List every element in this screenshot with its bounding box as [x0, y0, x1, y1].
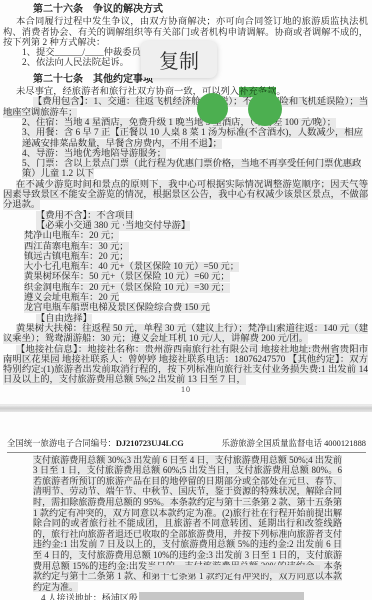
supervision-phone: 乐游旅游全国质量监督电话 4000121888 — [222, 439, 366, 450]
copy-button-label: 复制 — [159, 45, 199, 74]
pickup-address-line: 4 人接送地址：杨浦区殷 — [41, 592, 342, 600]
redaction-bar-light — [152, 565, 320, 573]
contract-header-row: 全国统一旅游电子合同编号：DJ210723UJ4LCG 乐游旅游全国质量监督电话… — [7, 439, 366, 453]
green-marker-circle — [197, 93, 228, 124]
copy-button[interactable]: 复制 — [141, 41, 217, 78]
free-choice-body: 黄果树大扶梯：往返程 50 元，单程 30 元（建议上行）；梵净山索道往返：14… — [3, 324, 368, 345]
transport-item: 遵义会址电瓶车：20 元 — [24, 293, 368, 303]
transport-item: 织金洞电瓶车：20 元+（景区保险 10 元）=30 元； — [24, 283, 368, 293]
clause-27-intro-period: 。 — [276, 87, 285, 97]
contract-document-view: 第二十六条 争议的解决方式 本合同履行过程中发生争议，由双方协商解决；亦可向合同… — [0, 0, 372, 600]
transport-item: 梵净山电瓶车：20 元； — [24, 231, 368, 241]
meals-line: 3、用餐：含 6 早 7 正【正餐以 10 人桌 8 菜 1 汤为标准(不含酒水… — [22, 128, 368, 149]
transport-item: 黄果树环保车：50 元+（景区保险 10 元）=60 元； — [24, 272, 368, 282]
page-number: 10 — [0, 385, 372, 395]
fee-exclude-line: 【费用不含】：不含项目 — [36, 211, 368, 221]
lodging-line: 2、住宿：当地 4 星酒店，免费升级 1 晚当地 5 星酒店，（单房差 100 … — [22, 118, 368, 128]
itinerary-notice: 在不减少游览时间和景点的原则下，我中心可根据实际情况调整游览顺序；因天气等因素导… — [3, 180, 368, 211]
redaction-bar — [139, 592, 304, 600]
transport-item: 大小七孔电瓶车：40 元+（景区保险 10 元）=50 元； — [24, 262, 368, 272]
contract-number: 全国统一旅游电子合同编号：DJ210723UJ4LCG — [7, 439, 184, 450]
contract-number-value: DJ210723UJ4LCG — [116, 439, 184, 448]
guide-line: 4、导游：当地优秀地陪导游服务； — [22, 149, 368, 159]
page-gap-divider — [0, 404, 372, 412]
free-choice-title: 【自由选择】 — [36, 314, 368, 324]
transport-item: 镇远古镇电瓶车：20 元； — [24, 252, 368, 262]
green-marker-circle — [248, 92, 282, 126]
agency-info-paragraph: 【地接社信息】：地接社名称：贵州游西南旅行社有限公司 地接社地址:贵州省贵阳市南… — [3, 345, 368, 386]
clause-26-title: 第二十六条 争议的解决方式 — [33, 5, 368, 15]
tickets-line: 5、门票：含以上景点门票（此行程为优惠门票价格，当地不再享受任何门票优惠政策）儿… — [22, 159, 368, 180]
clause-27-intro: 未尽事宜，经旅游者和旅行社双方协商一致，可以列入补充条款。 — [3, 87, 368, 97]
transport-item: 西江苗寨电瓶车：30 元； — [24, 242, 368, 252]
must-ride-line: 【必乘小交通 380 元 ·当地交付导游】 — [36, 221, 368, 231]
contract-page-11: 全国统一旅游电子合同编号：DJ210723UJ4LCG 乐游旅游全国质量监督电话… — [0, 412, 372, 600]
transport-item: 龙宫电瓶车船票电梯及景区保险综合费 150 元 — [24, 303, 368, 313]
fee-include-paragraph: 【费用包含】：1、交通：往返飞机经济舱（含税）；不含航空险和飞机延误险）；当地座… — [3, 97, 368, 118]
